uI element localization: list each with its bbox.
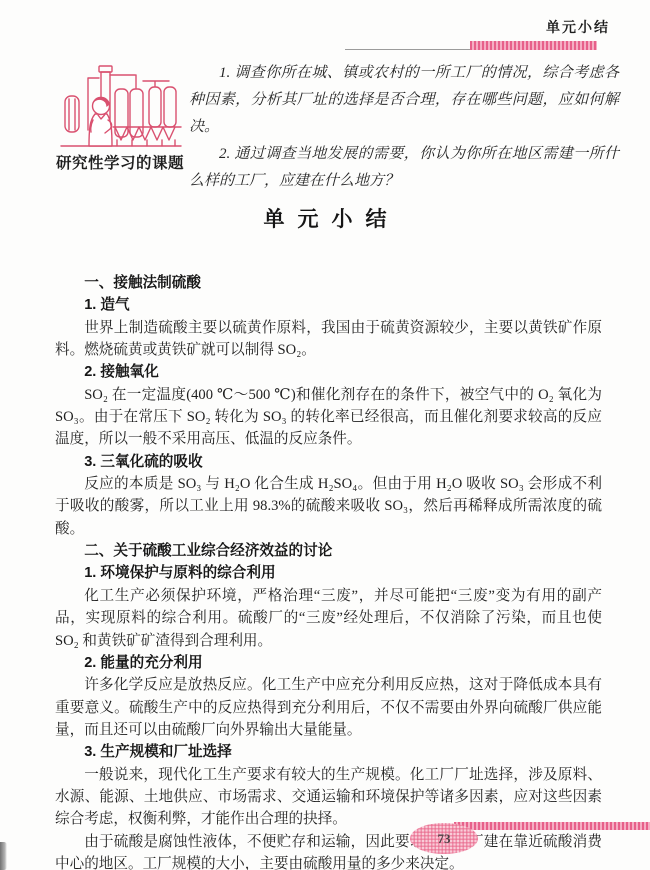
- paragraph: 反应的本质是 SO₃ 与 H₂O 化合生成 H₂SO₄。但由于用 H₂O 吸收 …: [55, 473, 602, 540]
- paragraph: 一般说来，现代化工生产要求有较大的生产规模。化工厂厂址选择，涉及原料、水源、能源…: [55, 764, 602, 831]
- paragraph: 许多化学反应是放热反应。化工生产中应充分利用反应热，这对于降低成本具有重要意义。…: [55, 674, 602, 741]
- subsection-heading: 3. 生产规模和厂址选择: [55, 741, 602, 763]
- summary-body: 一、接触法制硫酸 1. 造气 世界上制造硫酸主要以硫黄作原料，我国由于硫黄资源较…: [55, 272, 602, 870]
- header-accent-bar: [470, 41, 597, 50]
- scan-edge-artifact: [0, 842, 7, 870]
- research-task-1: 1. 调查你所在城、镇或农村的一所工厂的情况，综合考虑各种因素，分析其厂址的选择…: [189, 60, 619, 141]
- research-task-list: 1. 调查你所在城、镇或农村的一所工厂的情况，综合考虑各种因素，分析其厂址的选择…: [185, 60, 619, 195]
- page-title: 单元小结: [0, 203, 650, 233]
- section-heading: 一、接触法制硫酸: [55, 272, 602, 294]
- subsection-heading: 1. 造气: [55, 294, 602, 316]
- page-number-badge: 73: [410, 823, 478, 854]
- research-illustration-block: 研究性学习的课题: [55, 60, 185, 173]
- research-task-2: 2. 通过调查当地发展的需要，你认为你所在地区需建一所什么样的工厂，应建在什么地…: [189, 141, 619, 195]
- textbook-page: 单元小结: [0, 0, 650, 870]
- subsection-heading: 3. 三氧化硫的吸收: [55, 451, 602, 473]
- paragraph: SO₂ 在一定温度(400 ℃～500 ℃)和催化剂存在的条件下，被空气中的 O…: [55, 384, 602, 451]
- paragraph: 由于硫酸是腐蚀性液体，不便贮存和运输，因此要求把硫酸厂建在靠近硫酸消费中心的地区…: [55, 831, 602, 870]
- subsection-heading: 1. 环境保护与原料的综合利用: [55, 562, 602, 584]
- paragraph: 世界上制造硫酸主要以硫黄作原料，我国由于硫黄资源较少，主要以黄铁矿作原料。燃烧硫…: [55, 317, 602, 362]
- running-head-title: 单元小结: [546, 17, 610, 37]
- section-heading: 二、关于硫酸工业综合经济效益的讨论: [55, 540, 602, 562]
- research-illustration-caption: 研究性学习的课题: [55, 151, 185, 173]
- research-topics-section: 研究性学习的课题 1. 调查你所在城、镇或农村的一所工厂的情况，综合考虑各种因素…: [55, 60, 619, 195]
- subsection-heading: 2. 能量的充分利用: [55, 652, 602, 674]
- footer-accent-bar: [454, 822, 650, 830]
- paragraph: 化工生产必须保护环境，严格治理“三废”，并尽可能把“三废”变为有用的副产品，实现…: [55, 585, 602, 652]
- subsection-heading: 2. 接触氧化: [55, 361, 602, 383]
- factory-student-illustration: [57, 64, 183, 148]
